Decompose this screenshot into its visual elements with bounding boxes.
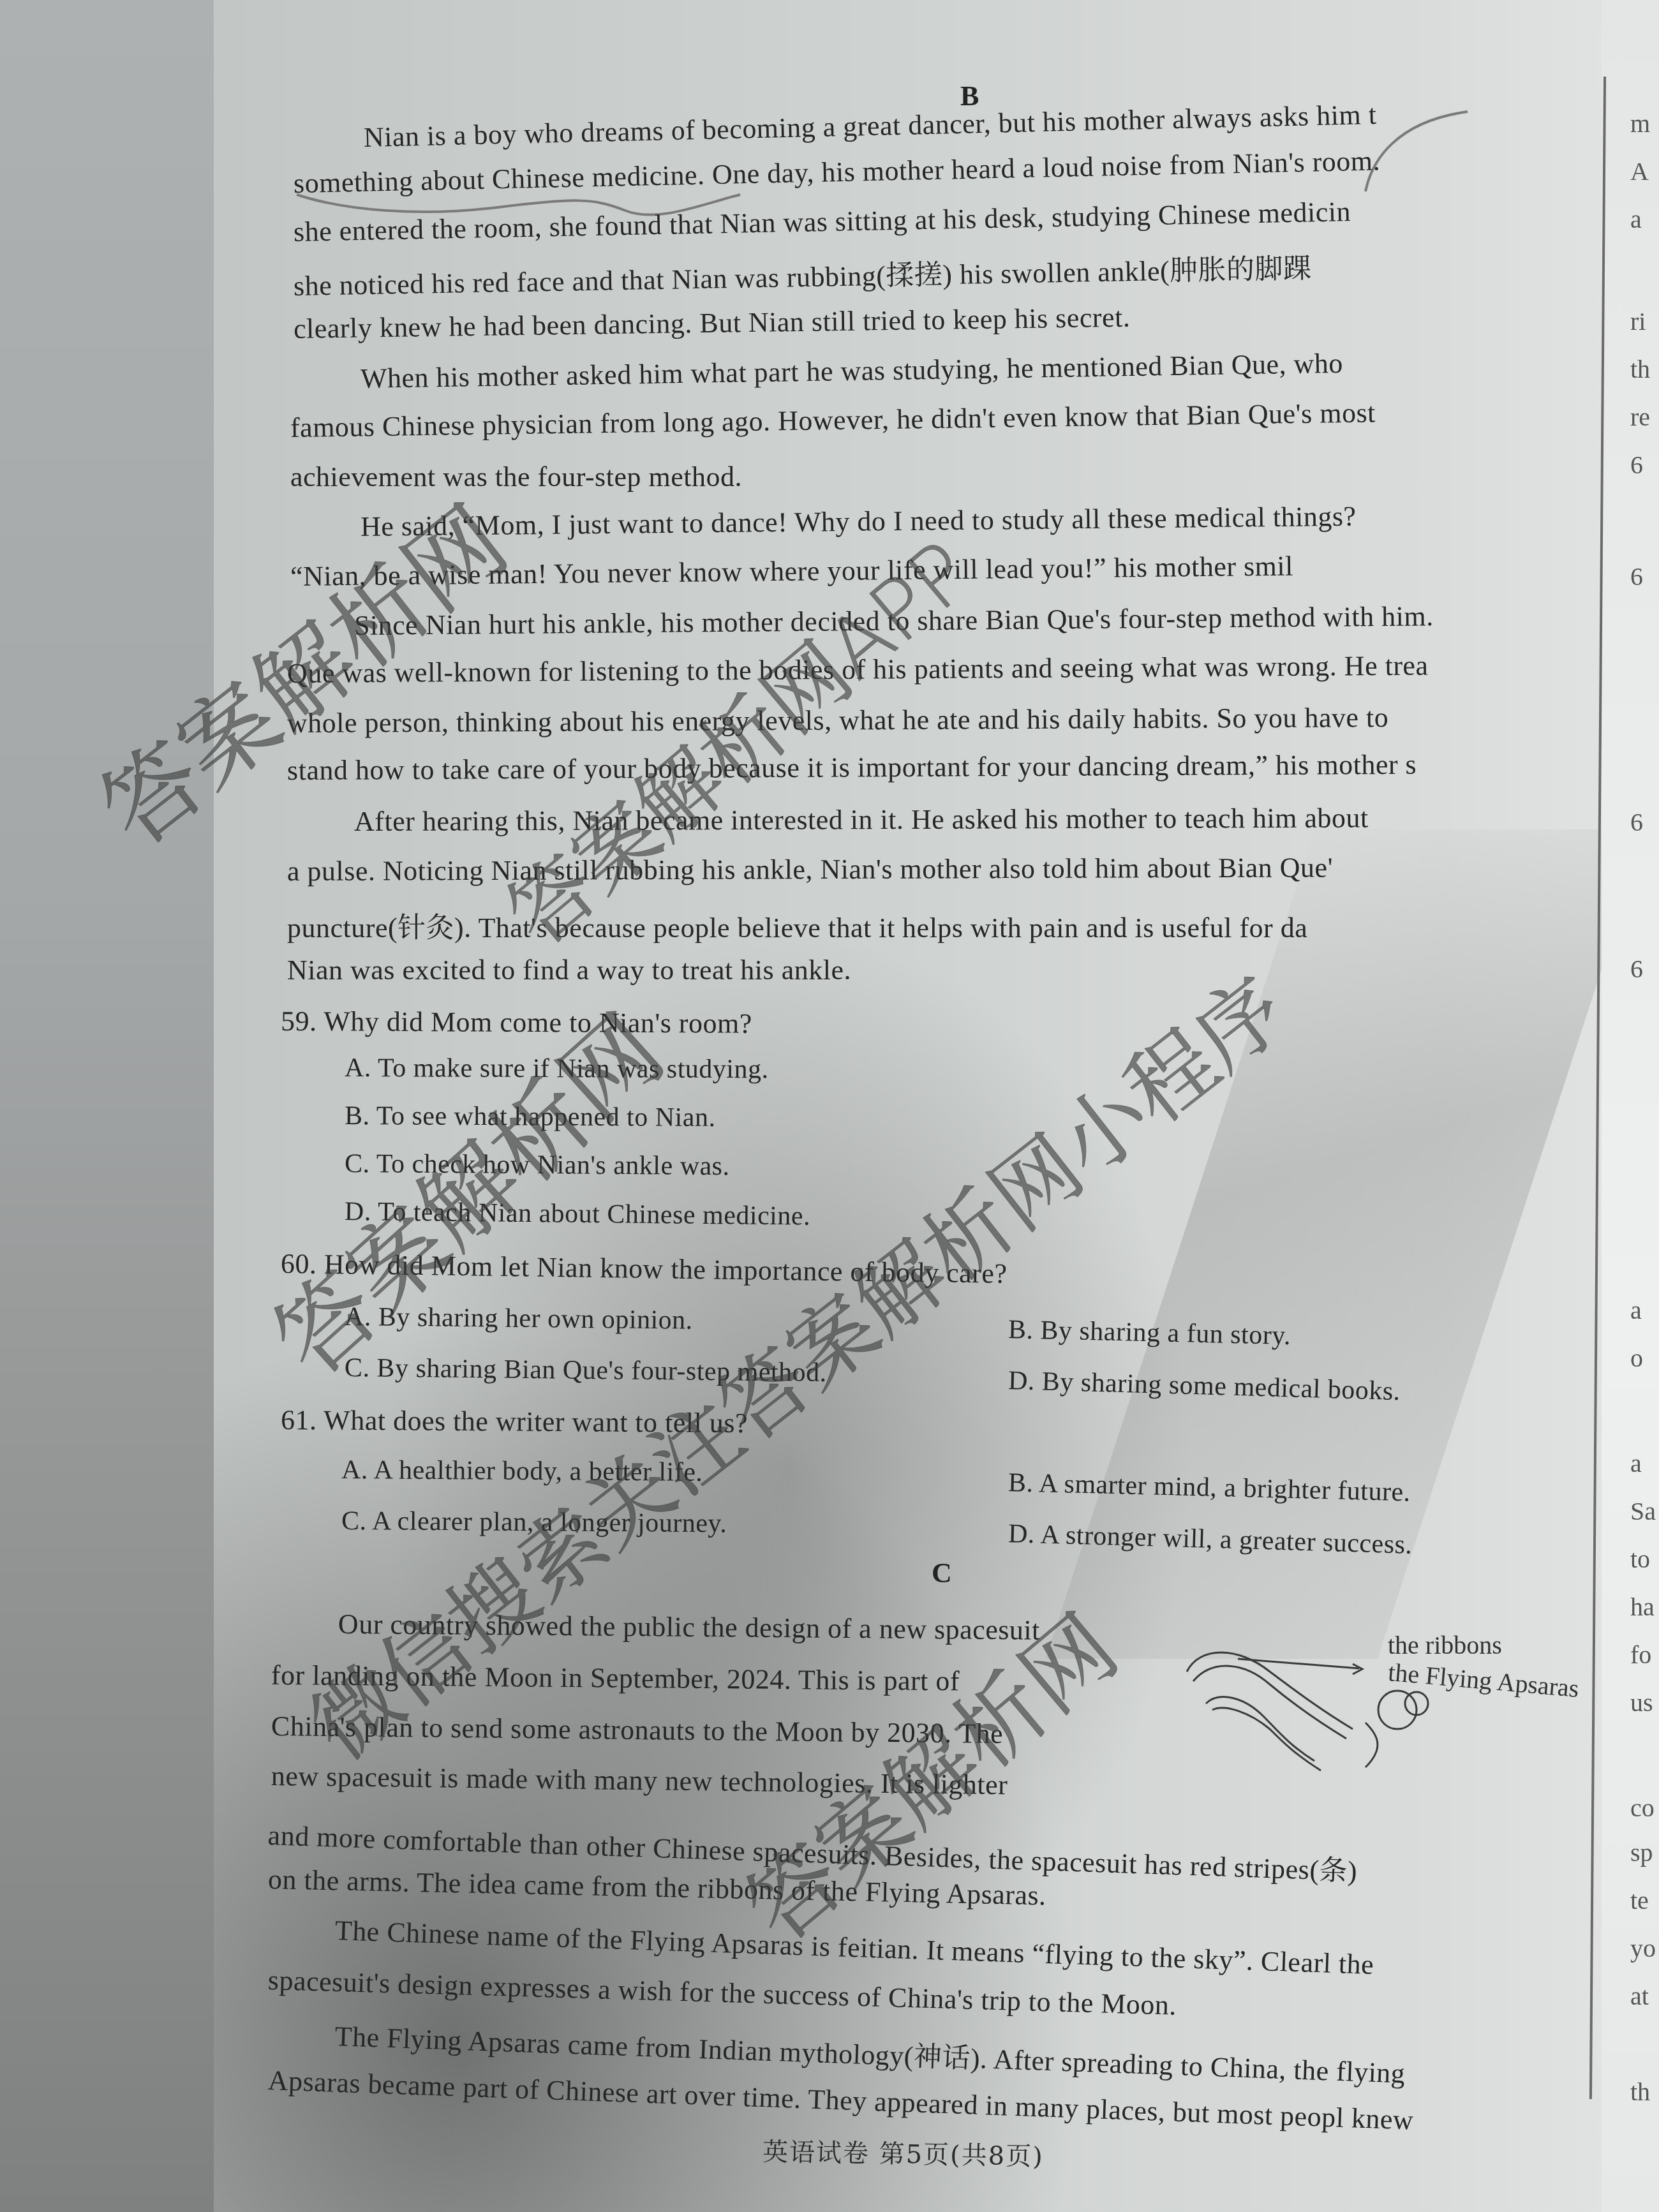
next-page-fragment: co bbox=[1630, 1793, 1659, 1823]
figure-label-ribbons: the ribbons bbox=[1388, 1630, 1502, 1660]
next-page-fragment: th bbox=[1630, 2077, 1659, 2107]
next-page-fragment: re bbox=[1630, 402, 1659, 432]
next-page-fragment: A bbox=[1630, 156, 1659, 186]
passage-b-line: a pulse. Noticing Nian still rubbing his… bbox=[287, 851, 1333, 887]
next-page-fragment: fo bbox=[1630, 1640, 1659, 1670]
option-61-b: B. A smarter mind, a brighter future. bbox=[1008, 1467, 1411, 1508]
next-page-fragment: at bbox=[1630, 1981, 1659, 2011]
next-page-fragment: 6 bbox=[1630, 561, 1659, 591]
passage-b-line: He said, “Mom, I just want to dance! Why… bbox=[361, 500, 1357, 543]
next-page-fragment: yo bbox=[1630, 1933, 1659, 1963]
next-page-fragment: ri bbox=[1630, 306, 1659, 336]
passage-b-line: something about Chinese medicine. One da… bbox=[293, 144, 1380, 200]
page-footer: 英语试卷 第5页(共8页) bbox=[763, 2132, 1045, 2173]
page-content: B Nian is a boy who dreams of becoming a… bbox=[0, 0, 1659, 2212]
next-page-fragment: 6 bbox=[1630, 450, 1659, 480]
next-page-fragment: ha bbox=[1630, 1592, 1659, 1622]
next-page-fragment: m bbox=[1630, 108, 1659, 138]
passage-b-line: clearly knew he had been dancing. But Ni… bbox=[294, 301, 1131, 345]
next-page-fragment: sp bbox=[1630, 1837, 1659, 1867]
option-60-d: D. By sharing some medical books. bbox=[1008, 1365, 1401, 1407]
passage-b-line: Nian was excited to find a way to treat … bbox=[287, 954, 851, 986]
next-page-fragment: 6 bbox=[1630, 954, 1659, 984]
next-page-fragment: a bbox=[1630, 1448, 1659, 1478]
next-page-fragment: a bbox=[1630, 204, 1659, 234]
passage-b-line: When his mother asked him what part he w… bbox=[361, 347, 1344, 395]
passage-b-line: stand how to take care of your body beca… bbox=[287, 748, 1417, 787]
passage-b-line: Nian is a boy who dreams of becoming a g… bbox=[363, 98, 1376, 154]
watermark-text: 答案解析网 bbox=[239, 979, 687, 1401]
next-page-fragment: 6 bbox=[1630, 807, 1659, 837]
next-page-fragment: to bbox=[1630, 1544, 1659, 1574]
next-page-fragment: Sa bbox=[1630, 1496, 1659, 1526]
question-59: 59. Why did Mom come to Nian's room? bbox=[281, 1005, 752, 1040]
next-page-fragment: te bbox=[1630, 1885, 1659, 1915]
next-page-fragment: o bbox=[1630, 1343, 1659, 1373]
passage-b-line: she noticed his red face and that Nian w… bbox=[293, 245, 1312, 304]
option-60-b: B. By sharing a fun story. bbox=[1008, 1314, 1291, 1351]
option-61-d: D. A stronger will, a greater success. bbox=[1008, 1518, 1413, 1561]
passage-b-line: achievement was the four-step method. bbox=[290, 461, 742, 493]
next-page-fragment: us bbox=[1630, 1688, 1659, 1718]
passage-b-line: famous Chinese physician from long ago. … bbox=[290, 396, 1376, 444]
passage-b-line: puncture(针灸). That's because people beli… bbox=[287, 905, 1307, 946]
next-page-fragment: a bbox=[1630, 1295, 1659, 1325]
passage-c-line: spacesuit's design expresses a wish for … bbox=[267, 1964, 1177, 2022]
next-page-fragment: th bbox=[1630, 354, 1659, 384]
section-heading-c: C bbox=[932, 1557, 952, 1589]
passage-b-line: After hearing this, Nian became interest… bbox=[354, 801, 1369, 838]
